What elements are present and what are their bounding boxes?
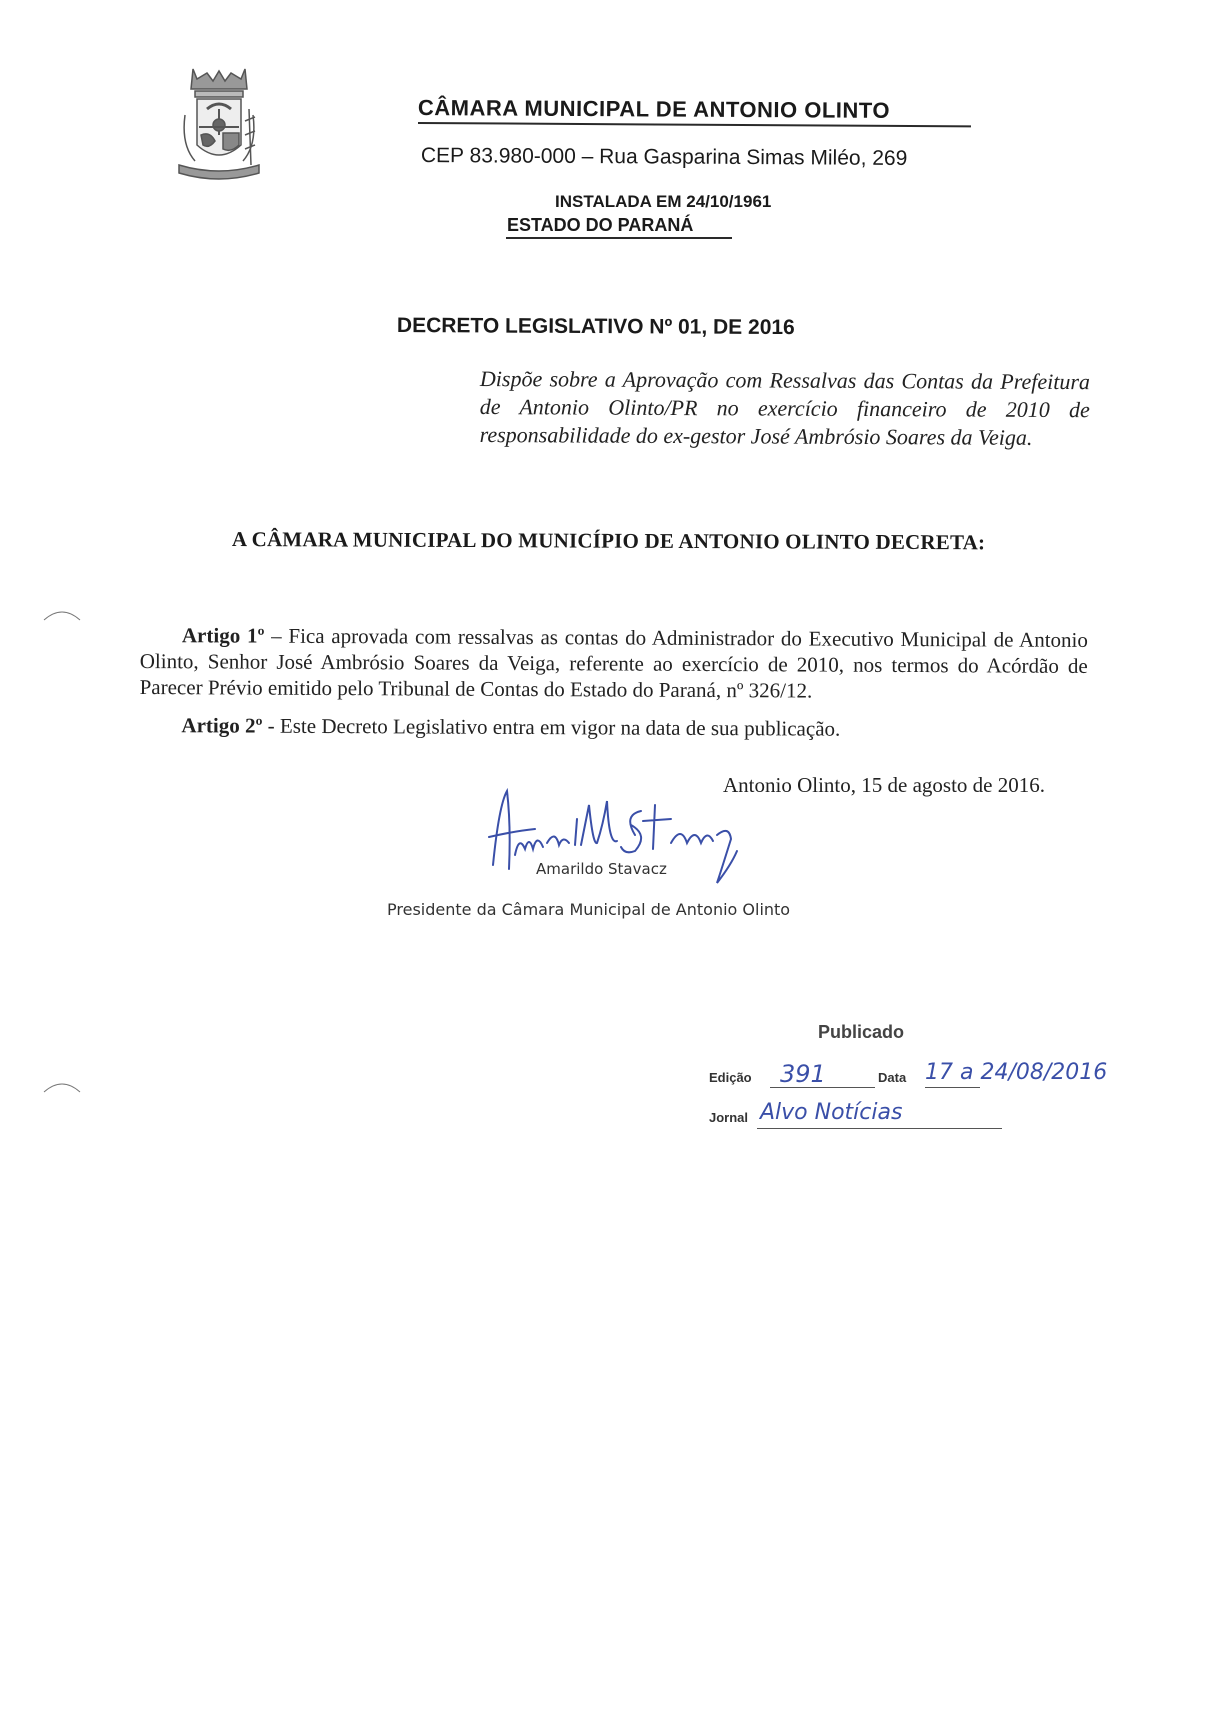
article-1: Artigo 1º – Fica aprovada com ressalvas … bbox=[140, 622, 1088, 705]
decree-title: DECRETO LEGISLATIVO Nº 01, DE 2016 bbox=[397, 314, 795, 340]
publication-stamp-title: Publicado bbox=[818, 1022, 904, 1043]
decree-summary: Dispõe sobre a Aprovação com Ressalvas d… bbox=[480, 365, 1090, 452]
journal-underline bbox=[757, 1128, 1002, 1129]
signer-name: Amarildo Stavacz bbox=[536, 860, 667, 878]
articles: Artigo 1º – Fica aprovada com ressalvas … bbox=[139, 622, 1088, 755]
date-value: 17 a 24/08/2016 bbox=[925, 1060, 1107, 1085]
journal-label: Jornal bbox=[709, 1110, 748, 1125]
state-underline bbox=[506, 237, 732, 239]
hole-punch-mark-icon bbox=[42, 606, 82, 630]
chamber-address: CEP 83.980-000 – Rua Gasparina Simas Mil… bbox=[421, 144, 908, 171]
article-1-label: Artigo 1º bbox=[182, 623, 265, 647]
signer-role: Presidente da Câmara Municipal de Antoni… bbox=[387, 900, 790, 919]
article-2-text: Este Decreto Legislativo entra em vigor … bbox=[280, 714, 840, 741]
enacting-clause: A CÂMARA MUNICIPAL DO MUNICÍPIO DE ANTON… bbox=[232, 527, 985, 555]
article-2: Artigo 2º - Este Decreto Legislativo ent… bbox=[139, 712, 1087, 743]
installation-date: INSTALADA EM 24/10/1961 bbox=[555, 192, 771, 212]
journal-value: Alvo Notícias bbox=[760, 1100, 902, 1125]
municipal-coat-of-arms-icon bbox=[165, 65, 273, 190]
edition-underline bbox=[770, 1087, 875, 1088]
hole-punch-mark-icon bbox=[42, 1078, 82, 1102]
date-underline bbox=[925, 1087, 980, 1088]
article-2-label: Artigo 2º bbox=[181, 713, 262, 737]
date-label: Data bbox=[878, 1070, 906, 1085]
chamber-title: CÂMARA MUNICIPAL DE ANTONIO OLINTO bbox=[418, 95, 890, 124]
handwritten-signature-icon bbox=[485, 785, 815, 900]
edition-label: Edição bbox=[709, 1070, 752, 1085]
edition-value: 391 bbox=[780, 1060, 826, 1088]
state-name: ESTADO DO PARANÁ bbox=[507, 215, 693, 236]
